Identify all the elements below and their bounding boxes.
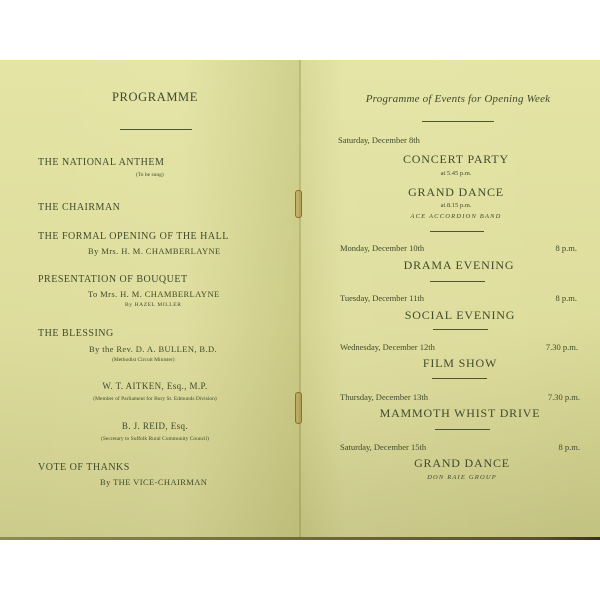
event-divider [433,329,488,330]
event-name: CONCERT PARTY [403,152,509,167]
event-time: 7.30 p.m. [546,342,578,352]
event-name: DRAMA EVENING [404,258,515,273]
event-date: Saturday, December 15th [340,442,426,452]
event-time: at 8.15 p.m. [441,202,472,209]
event-time: 8 p.m. [559,442,581,452]
event-name: GRAND DANCE [408,185,504,200]
event-date: Tuesday, December 11th [340,293,424,303]
programme-item-heading: PRESENTATION OF BOUQUET [38,274,188,285]
booklet-edge-shadow [0,537,600,540]
event-time: at 5.45 p.m. [441,170,472,177]
event-name: MAMMOTH WHIST DRIVE [380,406,541,421]
programme-item-note: (To be sung) [136,172,164,178]
event-name: SOCIAL EVENING [405,308,515,323]
right-page-title: Programme of Events for Opening Week [366,93,551,105]
event-time: 8 p.m. [556,293,578,303]
event-name: GRAND DANCE [414,456,510,471]
speaker-note: (Secretary to Suffolk Rural Community Co… [101,436,209,442]
title-divider [120,129,192,130]
title-divider [422,121,494,122]
speaker-name: W. T. AITKEN, Esq., M.P. [102,381,207,391]
programme-item-heading: THE NATIONAL ANTHEM [38,157,164,168]
event-name: FILM SHOW [423,356,497,371]
event-date: Thursday, December 13th [340,392,428,402]
programme-item-heading: VOTE OF THANKS [38,462,130,473]
programme-item-by: By Mrs. H. M. CHAMBERLAYNE [88,246,221,256]
speaker-note: (Member of Parliament for Bury St. Edmun… [93,396,216,402]
event-divider [430,231,484,232]
speaker-name: B. J. REID, Esq. [122,421,188,431]
event-divider [430,281,485,282]
event-band: DON RAIE GROUP [427,474,497,481]
programme-item-by-secondary: By HAZEL MILLER [125,302,181,308]
event-time: 8 p.m. [556,243,578,253]
binding-stitch-icon [295,392,302,424]
event-band: ACE ACCORDION BAND [410,213,501,220]
programme-item-by: To Mrs. H. M. CHAMBERLAYNE [88,289,220,299]
programme-item-heading: THE BLESSING [38,328,114,339]
binding-stitch-icon [295,190,302,218]
programme-item-heading: THE FORMAL OPENING OF THE HALL [38,231,229,242]
left-page-title: PROGRAMME [112,90,198,105]
event-date: Wednesday, December 12th [340,342,435,352]
booklet-spine [299,60,301,540]
event-date: Saturday, December 8th [338,135,420,145]
programme-item-by: By the Rev. D. A. BULLEN, B.D. [89,344,217,354]
programme-item-note: (Methodist Circuit Minister) [112,357,175,363]
programme-item-by: By THE VICE-CHAIRMAN [100,477,207,487]
event-divider [432,378,487,379]
event-date: Monday, December 10th [340,243,424,253]
programme-item-heading: THE CHAIRMAN [38,202,120,213]
event-divider [435,429,490,430]
event-time: 7.30 p.m. [548,392,580,402]
